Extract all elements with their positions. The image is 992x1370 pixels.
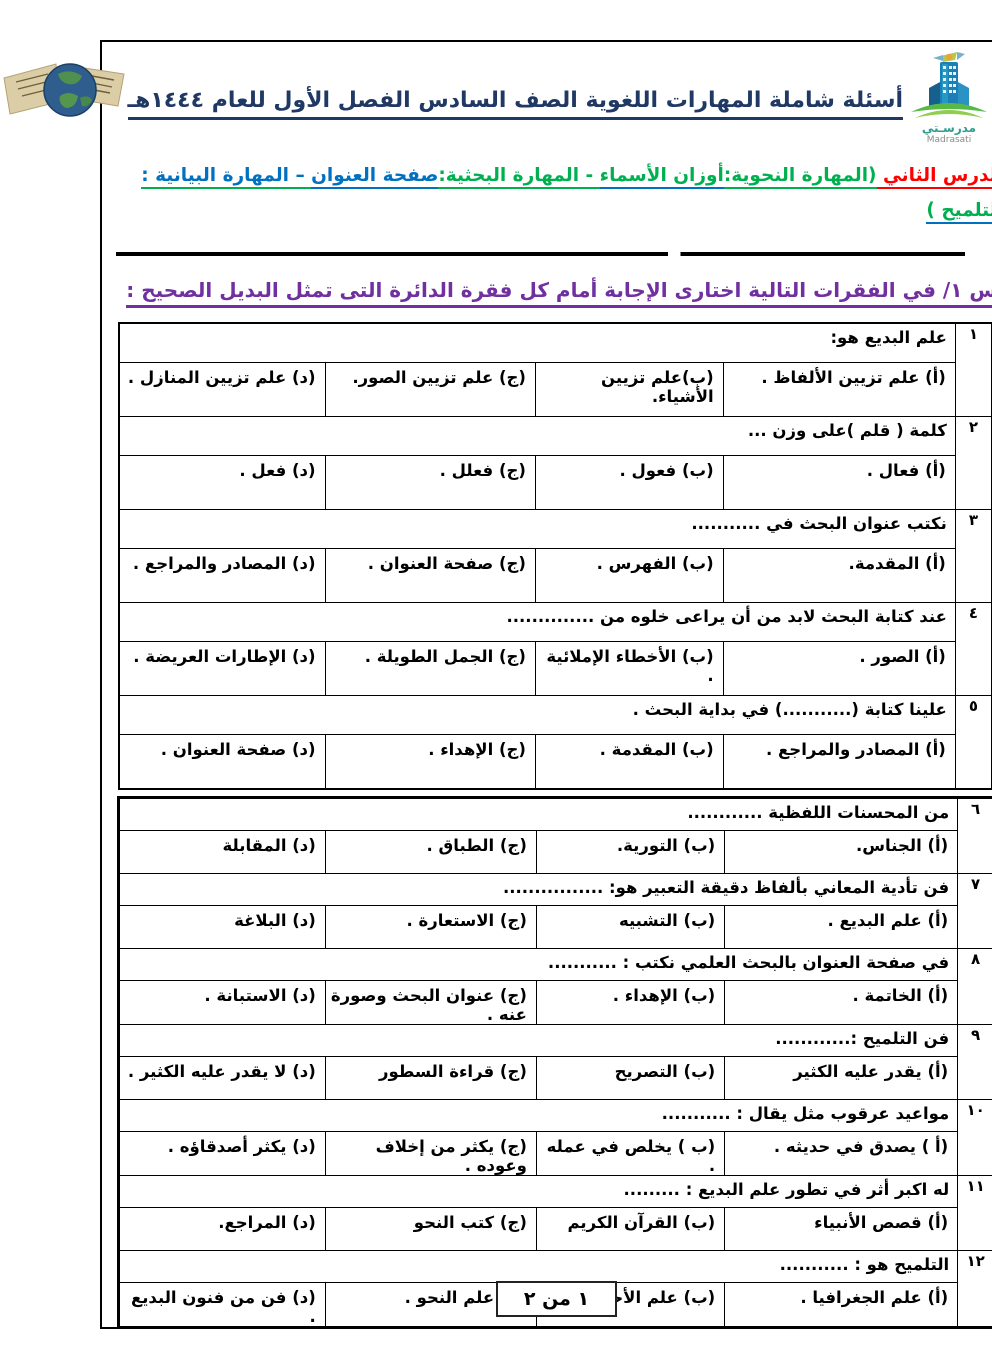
option-c: (ج) صفحة العنوان . bbox=[265, 549, 475, 603]
option-b: (ب) الأخطاء الإملائية . bbox=[475, 642, 663, 696]
questions-table-1: ١ علم البديع هو: (أ) علم تزيين الألفاظ .… bbox=[58, 322, 933, 790]
question-row: ١ علم البديع هو: bbox=[59, 323, 932, 363]
question-text: كلمة ( قلم )على وزن ... bbox=[59, 417, 895, 456]
madrasati-logo-arabic-text: مدرسـتي bbox=[862, 121, 916, 135]
options-row: (أ) يقدر عليه الكثير (ب) التصريح (ج) قرا… bbox=[59, 1057, 935, 1100]
option-c: (ج) يكثر من إخلاف وعوده . bbox=[265, 1132, 476, 1176]
question-row: ١٠ مواعيد عرقوب مثل يقال : ........... bbox=[59, 1100, 935, 1132]
question-row: ١١ له اكبر أثر في تطور علم البديع : ....… bbox=[59, 1176, 935, 1208]
question-text: نكتب عنوان البحث في ........... bbox=[59, 510, 895, 549]
title-wrap: أسئلة شاملة المهارات اللغوية الصف السادس… bbox=[68, 46, 843, 120]
options-row: (أ) علم البديع . (ب) التشبيه (ج) الاستعا… bbox=[59, 906, 935, 949]
question-row: ٢ كلمة ( قلم )على وزن ... bbox=[59, 417, 932, 456]
question-number: ٨ bbox=[898, 949, 935, 1025]
question-number: ٤ bbox=[895, 603, 932, 696]
horizontal-divider bbox=[56, 252, 905, 256]
madrasati-logo-english-text: Madrasati bbox=[867, 135, 911, 144]
option-b: (ب) الفهرس . bbox=[475, 549, 663, 603]
option-d: (د) المراجع. bbox=[59, 1208, 266, 1251]
option-b: (ب)علم تزيين الأشياء. bbox=[475, 363, 663, 417]
question-text: مواعيد عرقوب مثل يقال : ........... bbox=[59, 1100, 898, 1132]
option-d: (د) البلاغة bbox=[59, 906, 266, 949]
question-row: ٥ علينا كتابة (...........) في بداية الب… bbox=[59, 696, 932, 735]
option-a: (أ) الصور . bbox=[663, 642, 895, 696]
option-c: (ج) قراءة السطور bbox=[265, 1057, 476, 1100]
option-d: (د) لا يقدر عليه الكثير . bbox=[59, 1057, 266, 1100]
option-c: (ج) عنوان البحث وصورة عنه . bbox=[265, 981, 476, 1025]
lesson-segment: (المهارة النحوية: bbox=[664, 165, 817, 189]
ministry-book-globe-logo-icon bbox=[0, 56, 68, 148]
question-number: ٩ bbox=[898, 1025, 935, 1100]
question-text: فن تأدية المعاني بألفاظ دقيقة التعبير هو… bbox=[59, 874, 898, 906]
options-row: (أ) الجناس. (ب) التورية. (ج) الطباق . (د… bbox=[59, 831, 935, 874]
option-a: (أ) المصادر والمراجع . bbox=[663, 735, 895, 790]
option-a: (أ) المقدمة. bbox=[663, 549, 895, 603]
lesson-segment: الدرس الثاني bbox=[817, 165, 943, 189]
option-d: (د) فعل . bbox=[59, 456, 265, 510]
question-number: ١١ bbox=[898, 1176, 935, 1251]
header: مدرسـتي Madrasati أسئلة شاملة المهارات ا… bbox=[42, 46, 951, 148]
option-c: (ج) علم تزيين الصور. bbox=[265, 363, 475, 417]
lesson-segment: – المهارة البيانية : bbox=[81, 165, 251, 189]
option-a: (أ) يقدر عليه الكثير bbox=[665, 1057, 898, 1100]
option-b: (ب) فعول . bbox=[475, 456, 663, 510]
page-frame: مدرسـتي Madrasati أسئلة شاملة المهارات ا… bbox=[40, 40, 953, 1329]
question-text: عند كتابة البحث لابد من أن يراعى خلوه من… bbox=[59, 603, 895, 642]
lesson-segment: أوزان الأسماء bbox=[540, 165, 664, 189]
question-number: ١ bbox=[895, 323, 932, 417]
option-a: (أ ) يصدق في حديثه . bbox=[665, 1132, 898, 1176]
option-d: (د) الاستبانة . bbox=[59, 981, 266, 1025]
option-c: (ج) الاستعارة . bbox=[265, 906, 476, 949]
questions-table-2: ٦ من المحسنات اللفظية ............ (أ) ا… bbox=[57, 796, 936, 1329]
options-row: (أ) علم تزيين الألفاظ . (ب)علم تزيين الأ… bbox=[59, 363, 932, 417]
option-a: (أ) قصص الأنبياء bbox=[665, 1208, 898, 1251]
question-row: ١٢ التلميح هو : ........... bbox=[59, 1251, 935, 1283]
option-c: (ج) الطباق . bbox=[265, 831, 476, 874]
option-b: (ب) التشبيه bbox=[476, 906, 664, 949]
options-row: (أ) فعال . (ب) فعول . (ج) فعلل . (د) فعل… bbox=[59, 456, 932, 510]
question-text: علم البديع هو: bbox=[59, 323, 895, 363]
option-a: (أ) الجناس. bbox=[665, 831, 898, 874]
question-number: ٢ bbox=[895, 417, 932, 510]
question-row: ٩ فن التلميح :............ bbox=[59, 1025, 935, 1057]
question-instruction: س ١/ في الفقرات التالية اختارى الإجابة أ… bbox=[56, 278, 937, 302]
question-row: ٣ نكتب عنوان البحث في ........... bbox=[59, 510, 932, 549]
option-d: (د) يكثر أصدقاؤه . bbox=[59, 1132, 266, 1176]
footer: ١ من ٢ bbox=[42, 1281, 951, 1317]
lesson-subtitle: الدرس الثاني (المهارة النحوية:أوزان الأس… bbox=[50, 158, 943, 228]
lesson-segment: - المهارة البحثية: bbox=[378, 165, 539, 189]
question-row: ٤ عند كتابة البحث لابد من أن يراعى خلوه … bbox=[59, 603, 932, 642]
question-row: ٦ من المحسنات اللفظية ............ bbox=[59, 798, 935, 831]
option-d: (د) علم تزيين المنازل . bbox=[59, 363, 265, 417]
question-number: ٧ bbox=[898, 874, 935, 949]
option-b: (ب) المقدمة . bbox=[475, 735, 663, 790]
option-d: (د) المقابلة bbox=[59, 831, 266, 874]
option-d: (د) المصادر والمراجع . bbox=[59, 549, 265, 603]
lesson-segment: التلميح ) bbox=[866, 200, 943, 224]
options-row: (أ) الخاتمة . (ب) الإهداء . (ج) عنوان ال… bbox=[59, 981, 935, 1025]
options-row: (أ) المصادر والمراجع . (ب) المقدمة . (ج)… bbox=[59, 735, 932, 790]
madrasati-logo-icon: مدرسـتي Madrasati bbox=[843, 48, 935, 144]
option-d: (د) صفحة العنوان . bbox=[59, 735, 265, 790]
option-b: (ب) الإهداء . bbox=[476, 981, 664, 1025]
question-text: التلميح هو : ........... bbox=[59, 1251, 898, 1283]
options-row: (أ ) يصدق في حديثه . (ب ) يخلص في عمله .… bbox=[59, 1132, 935, 1176]
document-page: { "header": { "title": "أسئلة شاملة المه… bbox=[0, 0, 992, 1370]
question-text: فن التلميح :............ bbox=[59, 1025, 898, 1057]
option-a: (أ) الخاتمة . bbox=[665, 981, 898, 1025]
option-b: (ب) التصريح bbox=[476, 1057, 664, 1100]
page-number-box: ١ من ٢ bbox=[436, 1281, 557, 1317]
question-number: ٦ bbox=[898, 798, 935, 874]
options-row: (أ) المقدمة. (ب) الفهرس . (ج) صفحة العنو… bbox=[59, 549, 932, 603]
question-number: ٥ bbox=[895, 696, 932, 790]
option-a: (أ) علم البديع . bbox=[665, 906, 898, 949]
question-text: علينا كتابة (...........) في بداية البحث… bbox=[59, 696, 895, 735]
question-text: في صفحة العنوان بالبحث العلمي نكتب : ...… bbox=[59, 949, 898, 981]
option-b: (ب) التورية. bbox=[476, 831, 664, 874]
lesson-segment: صفحة العنوان bbox=[251, 165, 378, 189]
options-row: (أ) قصص الأنبياء (ب) القرآن الكريم (ج) ك… bbox=[59, 1208, 935, 1251]
question-number: ١٠ bbox=[898, 1100, 935, 1176]
question-row: ٨ في صفحة العنوان بالبحث العلمي نكتب : .… bbox=[59, 949, 935, 981]
option-b: (ب) القرآن الكريم bbox=[476, 1208, 664, 1251]
question-number: ٣ bbox=[895, 510, 932, 603]
option-d: (د) الإطارات العريضة . bbox=[59, 642, 265, 696]
question-text: له اكبر أثر في تطور علم البديع : .......… bbox=[59, 1176, 898, 1208]
options-row: (أ) الصور . (ب) الأخطاء الإملائية . (ج) … bbox=[59, 642, 932, 696]
option-c: (ج) الإهداء . bbox=[265, 735, 475, 790]
question-text: من المحسنات اللفظية ............ bbox=[59, 798, 898, 831]
option-a: (أ) علم تزيين الألفاظ . bbox=[663, 363, 895, 417]
option-a: (أ) فعال . bbox=[663, 456, 895, 510]
option-c: (ج) فعلل . bbox=[265, 456, 475, 510]
page-title: أسئلة شاملة المهارات اللغوية الصف السادس… bbox=[68, 88, 843, 120]
question-row: ٧ فن تأدية المعاني بألفاظ دقيقة التعبير … bbox=[59, 874, 935, 906]
option-b: (ب ) يخلص في عمله . bbox=[476, 1132, 664, 1176]
option-c: (ج) كتب النحو bbox=[265, 1208, 476, 1251]
option-c: (ج) الجمل الطويلة . bbox=[265, 642, 475, 696]
